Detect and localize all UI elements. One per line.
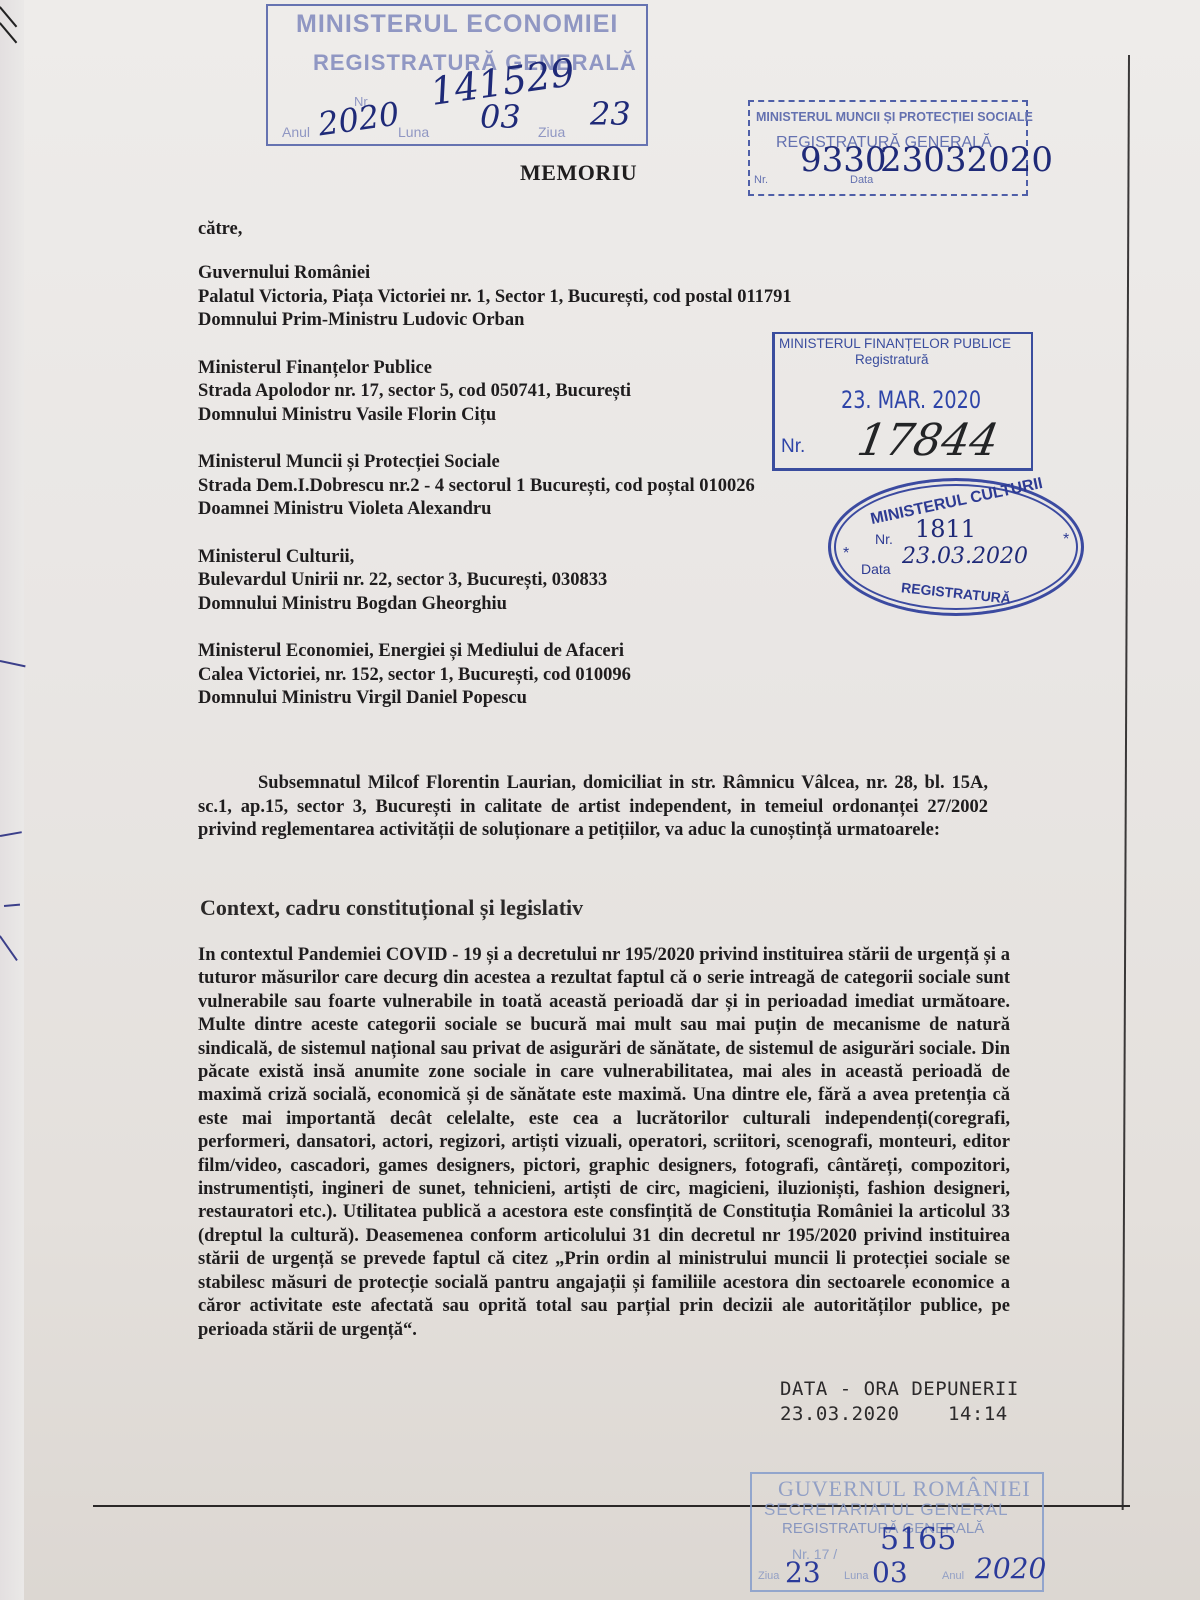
stamp-line: Registratură bbox=[855, 352, 929, 367]
handwritten-month: 03 bbox=[872, 1556, 908, 1589]
recipient-culture-ministry: Ministerul Culturii, Bulevardul Unirii n… bbox=[198, 546, 792, 617]
recipient-line: Ministerul Finanțelor Publice bbox=[198, 357, 792, 381]
handwritten-day: 23 bbox=[590, 95, 631, 133]
filing-stamp-time: 14:14 bbox=[948, 1403, 1008, 1425]
recipient-finance-ministry: Ministerul Finanțelor Publice Strada Apo… bbox=[198, 357, 792, 428]
stamp-label: Nr. bbox=[781, 436, 805, 458]
recipient-line: Strada Apolodor nr. 17, sector 5, cod 05… bbox=[198, 380, 792, 404]
recipient-line: Ministerul Culturii, bbox=[198, 546, 792, 570]
section-heading: Context, cadru constituțional și legisla… bbox=[200, 895, 583, 921]
recipient-labor-ministry: Ministerul Muncii și Protecției Sociale … bbox=[198, 451, 792, 522]
handwritten-day: 23 bbox=[785, 1556, 821, 1589]
stamp-label: Nr. bbox=[754, 174, 768, 186]
stamp-line: SECRETARIATUL GENERAL bbox=[764, 1500, 1009, 1520]
stamp-line: MINISTERUL ECONOMIEI bbox=[296, 10, 618, 39]
body-paragraph: In contextul Pandemiei COVID - 19 și a d… bbox=[198, 944, 1010, 1342]
stamp-label: Luna bbox=[398, 124, 429, 140]
salutation: către, bbox=[198, 218, 242, 242]
handwritten-registration-number: 1811 bbox=[915, 515, 976, 543]
star-icon: * bbox=[843, 545, 849, 563]
recipient-line: Bulevardul Unirii nr. 22, sector 3, Bucu… bbox=[198, 569, 792, 593]
handwritten-month: 03 bbox=[480, 98, 521, 136]
stamp-label: Luna bbox=[844, 1570, 868, 1582]
recipient-line: Domnului Ministru Virgil Daniel Popescu bbox=[198, 687, 792, 711]
filing-stamp-label: DATA - ORA DEPUNERII bbox=[780, 1378, 1019, 1400]
recipient-line: Domnului Ministru Vasile Florin Cițu bbox=[198, 404, 792, 428]
handwritten-registration-number: 17844 bbox=[854, 415, 1003, 466]
recipient-line: Domnului Prim-Ministru Ludovic Orban bbox=[198, 309, 792, 333]
recipient-line: Doamnei Ministru Violeta Alexandru bbox=[198, 498, 792, 522]
handwritten-year: 2020 bbox=[975, 1552, 1046, 1585]
stamp-label: Anul bbox=[282, 124, 310, 140]
handwritten-date: 23.03.2020 bbox=[902, 544, 1028, 569]
stamp-line: REGISTRATURĂ bbox=[900, 579, 1011, 606]
stamp-label: Data bbox=[861, 561, 891, 577]
stamp-label: Ziua bbox=[538, 124, 565, 140]
handwritten-date: 23032020 bbox=[880, 140, 1053, 180]
handwritten-registration-number: 9330 bbox=[800, 140, 887, 180]
stamp-line: GUVERNUL ROMÂNIEI bbox=[778, 1476, 1031, 1502]
stamp-date: 23. MAR. 2020 bbox=[841, 386, 981, 414]
recipient-line: Ministerul Muncii și Protecției Sociale bbox=[198, 451, 792, 475]
handwritten-registration-number: 5165 bbox=[880, 1522, 956, 1557]
stamp-line: MINISTERUL MUNCII ȘI PROTECȚIEI SOCIALE bbox=[756, 110, 1033, 124]
document-title: MEMORIU bbox=[520, 160, 637, 186]
recipient-line: Strada Dem.I.Dobrescu nr.2 - 4 sectorul … bbox=[198, 475, 792, 499]
stamp-label: Anul bbox=[942, 1570, 964, 1582]
stamp-label: Nr. bbox=[875, 531, 893, 547]
recipients-list: Guvernului României Palatul Victoria, Pi… bbox=[198, 262, 792, 735]
recipient-line: Guvernului României bbox=[198, 262, 792, 286]
recipient-line: Domnului Ministru Bogdan Gheorghiu bbox=[198, 593, 792, 617]
stamp-line: MINISTERUL FINANȚELOR PUBLICE bbox=[779, 336, 1011, 351]
intro-paragraph: Subsemnatul Milcof Florentin Laurian, do… bbox=[198, 772, 988, 843]
stamp-label: Ziua bbox=[758, 1570, 779, 1582]
recipient-line: Ministerul Economiei, Energiei și Mediul… bbox=[198, 640, 792, 664]
filing-stamp-date: 23.03.2020 bbox=[780, 1403, 899, 1425]
recipient-line: Palatul Victoria, Piața Victoriei nr. 1,… bbox=[198, 286, 792, 310]
recipient-government: Guvernului României Palatul Victoria, Pi… bbox=[198, 262, 792, 333]
star-icon: * bbox=[1063, 531, 1069, 549]
recipient-economy-ministry: Ministerul Economiei, Energiei și Mediul… bbox=[198, 640, 792, 711]
recipient-line: Calea Victoriei, nr. 152, sector 1, Bucu… bbox=[198, 664, 792, 688]
